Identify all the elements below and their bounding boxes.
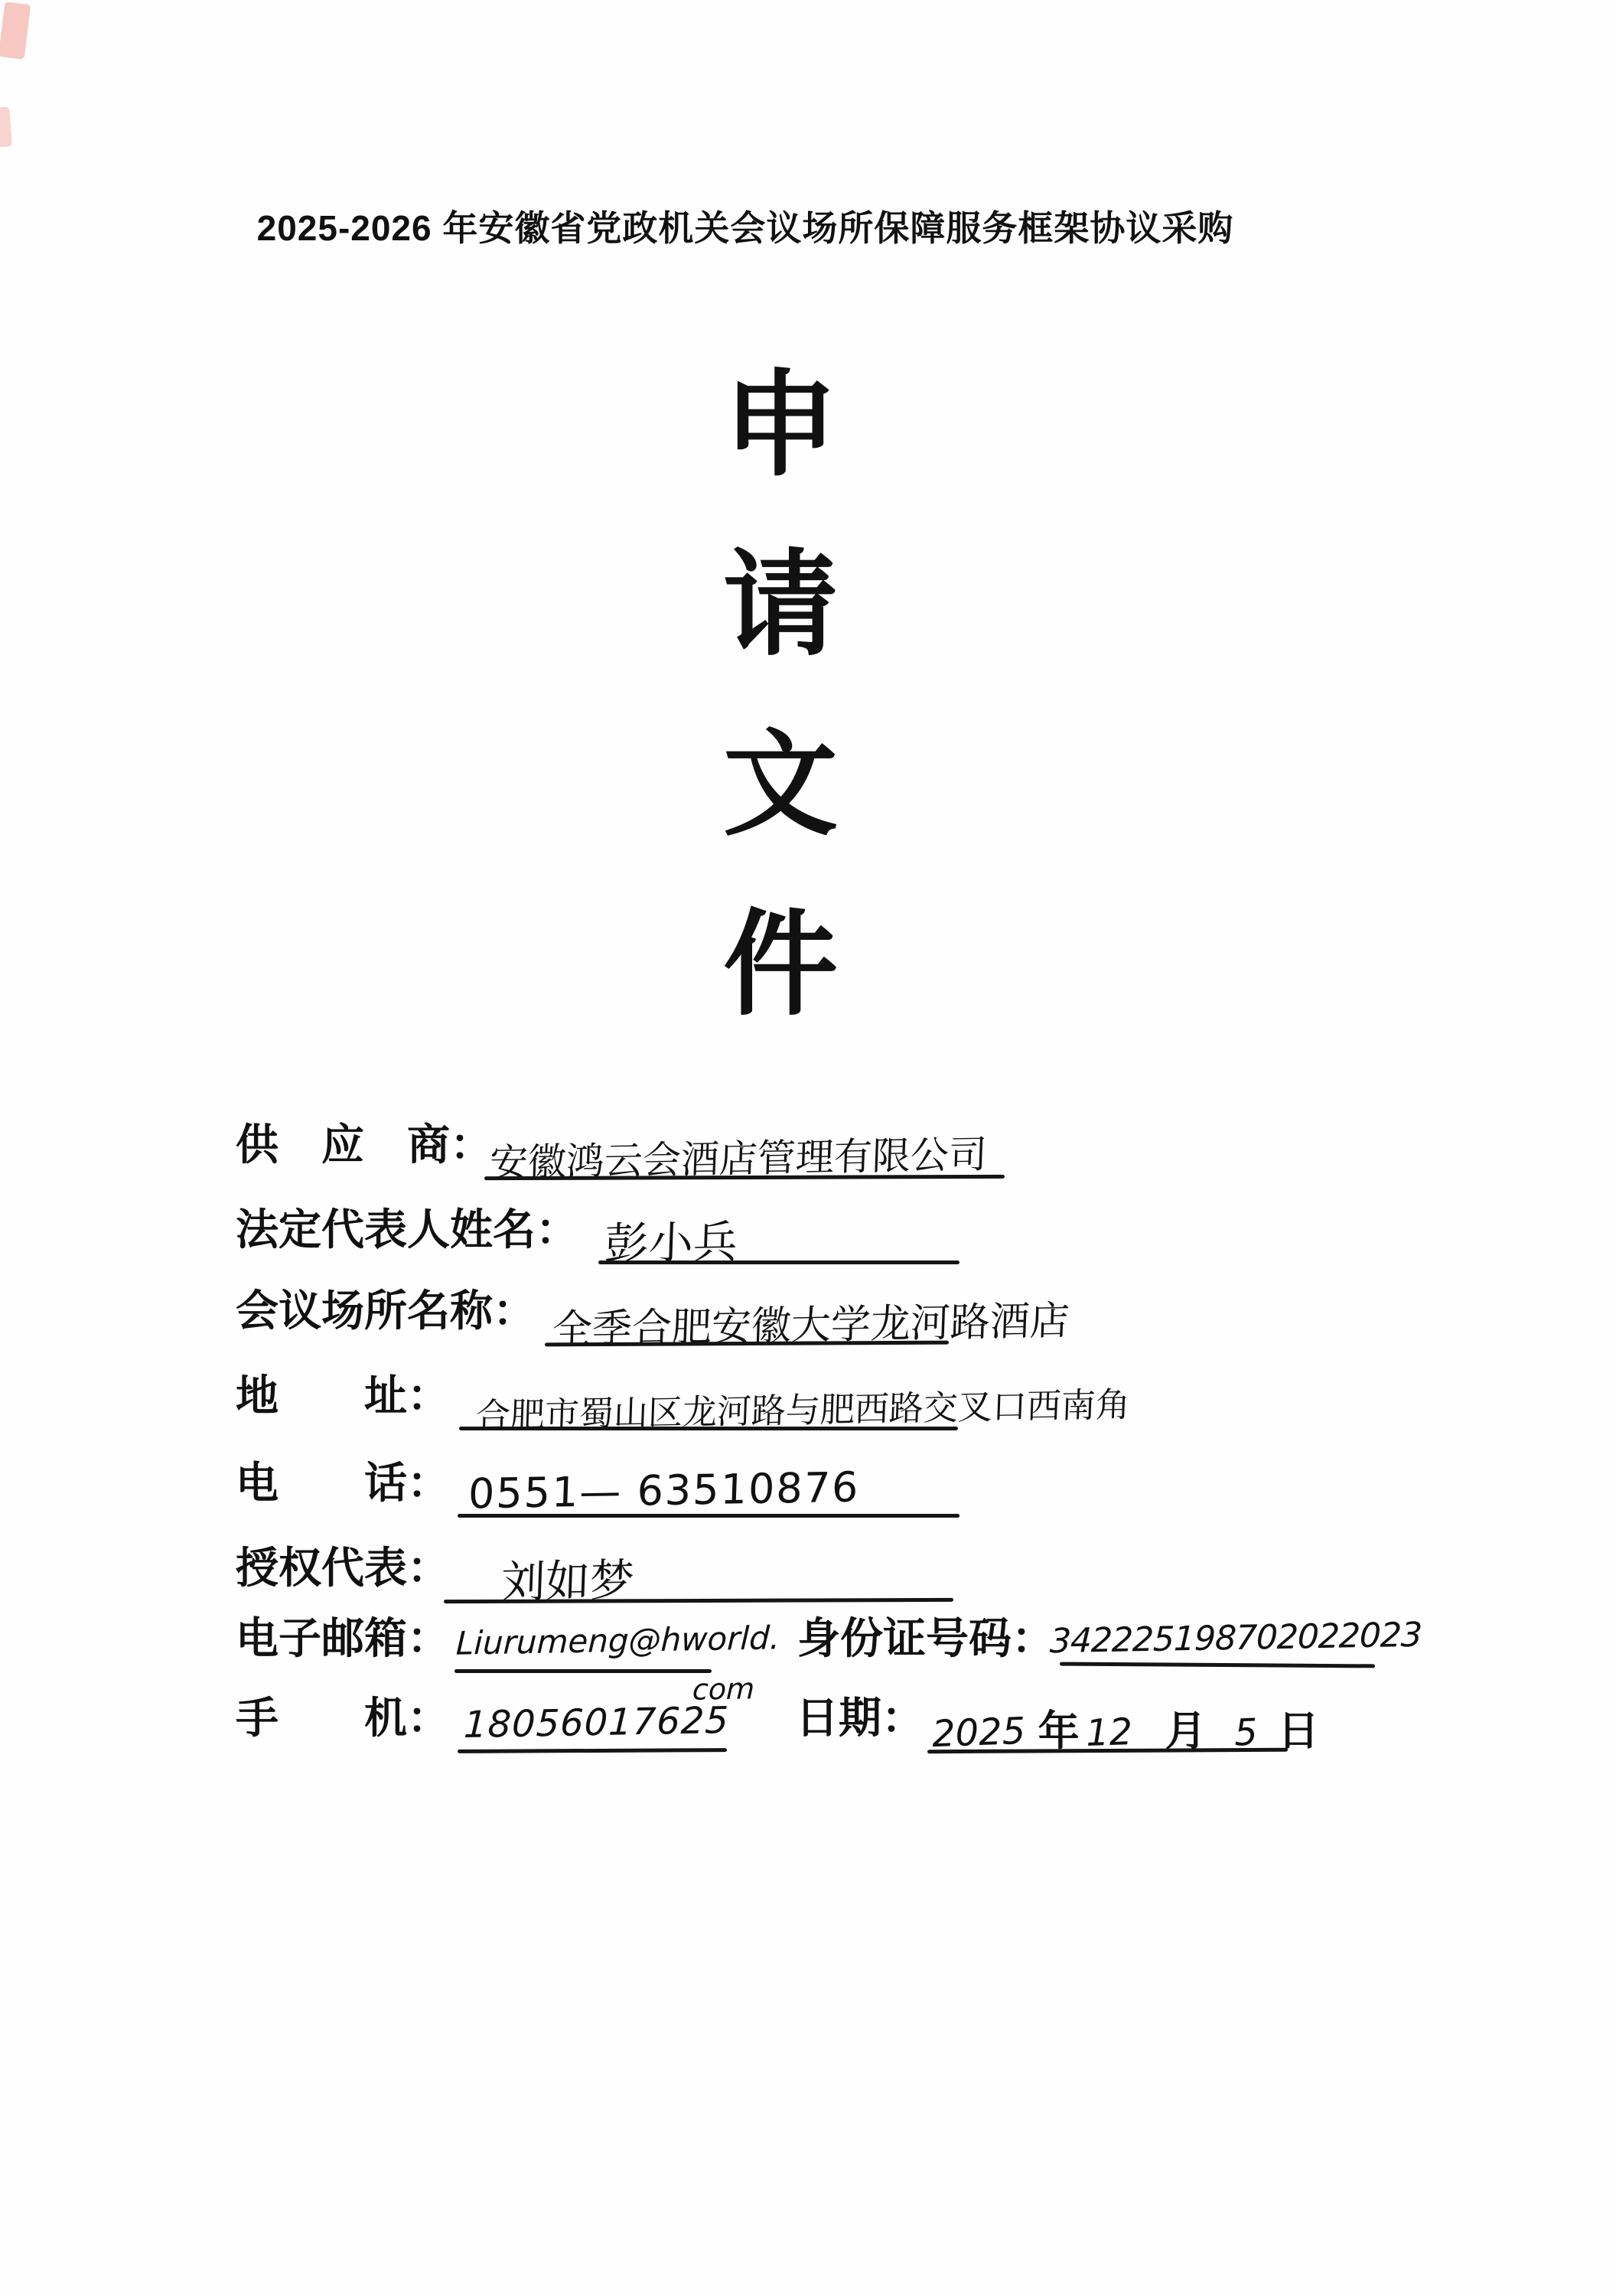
field-row-email-and-id: 电子邮箱： Liurumeng@hworld. com 身份证号码： 34222… [0,1616,1616,1700]
field-underline [459,1427,958,1430]
email-label: 电子邮箱： [236,1616,450,1662]
field-row-supplier: 供 应 商： 安徽鸿云会酒店管理有限公司 [0,1122,1616,1206]
red-ink-mark [0,2,31,60]
document-title-char: 件 [723,908,838,1023]
document-title-char: 请 [723,549,838,664]
legal-rep-label: 法定代表人姓名： [236,1207,578,1253]
field-row-address: 地 址： 合肥市蜀山区龙河路与肥西路交叉口西南角 [0,1373,1616,1457]
mobile-label: 手 机： [236,1695,450,1741]
field-row-legal-representative: 法定代表人姓名： 彭小兵 [0,1207,1616,1291]
venue-label: 会议场所名称： [236,1288,536,1334]
field-underline [598,1261,959,1264]
field-underline [458,1514,959,1518]
procurement-project-title: 2025-2026 年安徽省党政机关会议场所保障服务框架协议采购 [0,201,1553,251]
scanned-application-document-page: 2025-2026 年安徽省党政机关会议场所保障服务框架协议采购 申 请 文 件… [0,0,1616,2296]
document-title-vertical: 申 请 文 件 [0,369,1588,1023]
red-ink-mark [0,106,12,147]
field-underline [1060,1662,1375,1668]
document-title-char: 申 [723,369,838,484]
field-row-venue-name: 会议场所名称： 全季合肥安徽大学龙河路酒店 [0,1288,1616,1372]
id-number-label: 身份证号码： [797,1616,1054,1662]
field-underline [458,1748,727,1753]
auth-rep-label: 授权代表： [236,1545,450,1591]
field-underline [444,1598,953,1603]
email-handwritten-value: Liurumeng@hworld. [455,1619,780,1662]
field-underline [454,1669,712,1673]
id-number-handwritten-value: 342225198702022023 [1049,1616,1422,1662]
field-row-mobile-and-date: 手 机： 18056017625 日期： 2025 年 12 月 5 日 [0,1695,1616,1779]
address-label: 地 址： [236,1373,450,1419]
mobile-handwritten-value: 18056017625 [463,1699,730,1746]
document-title-char: 文 [723,729,838,843]
date-label: 日期： [796,1695,924,1741]
phone-label: 电 话： [236,1460,450,1506]
supplier-label: 供 应 商： [236,1122,493,1168]
phone-handwritten-value: 0551— 63510876 [468,1463,861,1518]
field-row-phone: 电 话： 0551— 63510876 [0,1460,1616,1544]
